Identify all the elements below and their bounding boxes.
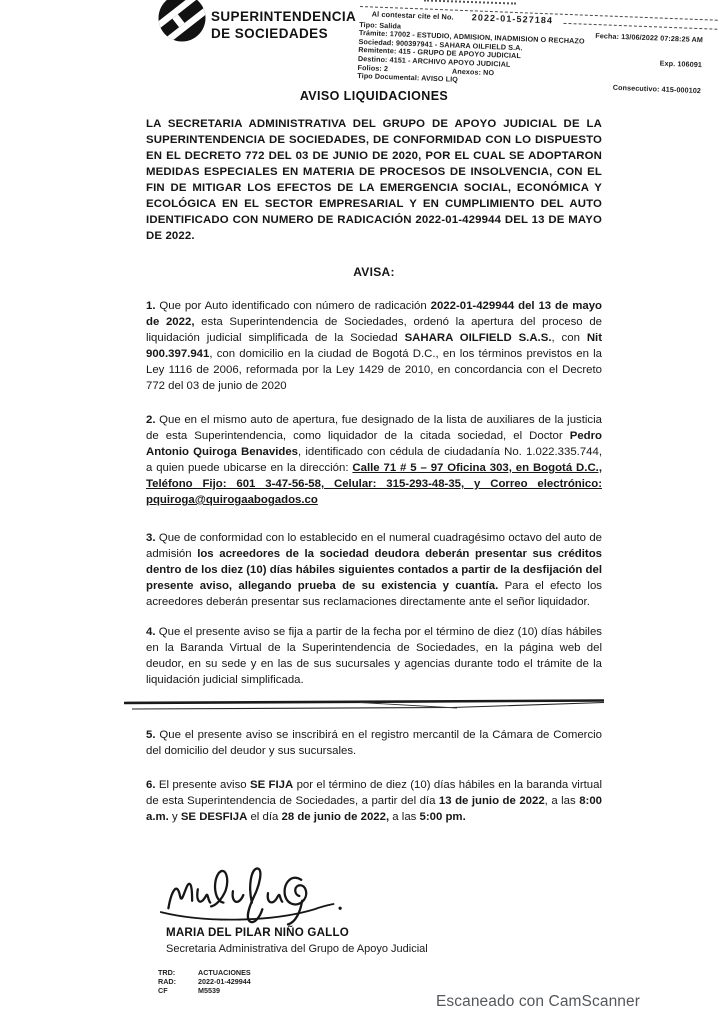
stamp-cite-number: 2022-01-527184 (472, 13, 554, 25)
scanned-document-page: SUPERINTENDENCIA DE SOCIEDADES Al contes… (0, 0, 724, 1024)
paragraph-5: 5. Que el presente aviso se inscribirá e… (146, 727, 602, 759)
paragraph-3: 3. Que de conformidad con lo establecido… (146, 530, 602, 610)
paragraph-6: 6. El presente aviso SE FIJA por el térm… (146, 777, 602, 825)
org-name-line2: DE SOCIEDADES (211, 25, 356, 42)
supersociedades-logo-icon (157, 0, 207, 43)
paragraph-2: 2. Que en el mismo auto de apertura, fue… (146, 412, 602, 508)
code-value: 2022-01-429944 (198, 977, 251, 986)
org-name-line1: SUPERINTENDENCIA (211, 8, 356, 25)
code-value: ACTUACIONES (198, 968, 251, 977)
code-value: M5539 (198, 986, 220, 995)
intro-paragraph: LA SECRETARIA ADMINISTRATIVA DEL GRUPO D… (146, 116, 602, 244)
radication-stamp: Al contestar cite el No. 2022-01-527184 … (357, 6, 718, 94)
paragraph-4: 4. Que el presente aviso se fija a parti… (146, 624, 602, 688)
signer-role: Secretaria Administrativa del Grupo de A… (166, 943, 428, 955)
stamp-top-dashes (424, 0, 516, 5)
footer-codes: TRD: ACTUACIONES RAD: 2022-01-429944 CF … (158, 968, 251, 995)
code-row-trd: TRD: ACTUACIONES (158, 968, 251, 977)
stamp-consecutivo: Consecutivo: 415-000102 (613, 84, 715, 97)
avisa-heading: AVISA: (146, 265, 602, 279)
paragraph-1: 1. Que por Auto identificado con número … (146, 298, 602, 394)
scan-fold-line (122, 698, 608, 712)
document-body: AVISO LIQUIDACIONES LA SECRETARIA ADMINI… (146, 89, 602, 825)
signature-handwriting (150, 858, 350, 932)
org-name: SUPERINTENDENCIA DE SOCIEDADES (211, 8, 356, 42)
code-row-rad: RAD: 2022-01-429944 (158, 977, 251, 986)
code-label: CF (158, 986, 198, 995)
signer-name: MARIA DEL PILAR NIÑO GALLO (166, 926, 349, 939)
stamp-tipo-documental: Tipo Documental: AVISO LIQ (357, 72, 458, 84)
code-label: TRD: (158, 968, 198, 977)
code-row-cf: CF M5539 (158, 986, 251, 995)
document-title: AVISO LIQUIDACIONES (146, 89, 602, 103)
code-label: RAD: (158, 977, 198, 986)
camscanner-watermark: Escaneado con CamScanner (436, 993, 640, 1011)
